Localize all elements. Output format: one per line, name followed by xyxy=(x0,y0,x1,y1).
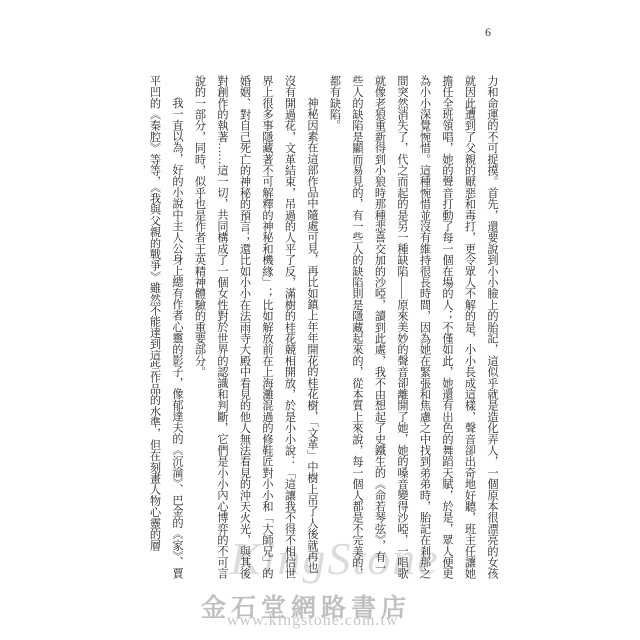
book-page: 6 KingStone 金石堂網路書店 www.kingstone.com.tw… xyxy=(0,0,640,640)
paragraph-2: 神秘因素在這部作品中隨處可見，再比如鎮上年年開花的桂花樹，「文革」中樹上吊了人後… xyxy=(188,75,323,581)
paragraph-1: 力和命運的不可捉摸。首先，還要說到小小臉上的胎記，這似乎就是造化弄人，一個原本很… xyxy=(323,75,503,581)
store-name-watermark: 金石堂網路書店 xyxy=(201,588,411,624)
page-number: 6 xyxy=(485,25,491,40)
store-url-watermark: www.kingstone.com.tw xyxy=(227,612,398,630)
vertical-text-block: 力和命運的不可捉摸。首先，還要說到小小臉上的胎記，這似乎就是造化弄人，一個原本很… xyxy=(139,75,503,581)
paragraph-3: 我一直以為，好的小說中主人公身上總有作者心靈的影子，像郁達夫的《沉淪》、巴金的《… xyxy=(143,75,188,581)
